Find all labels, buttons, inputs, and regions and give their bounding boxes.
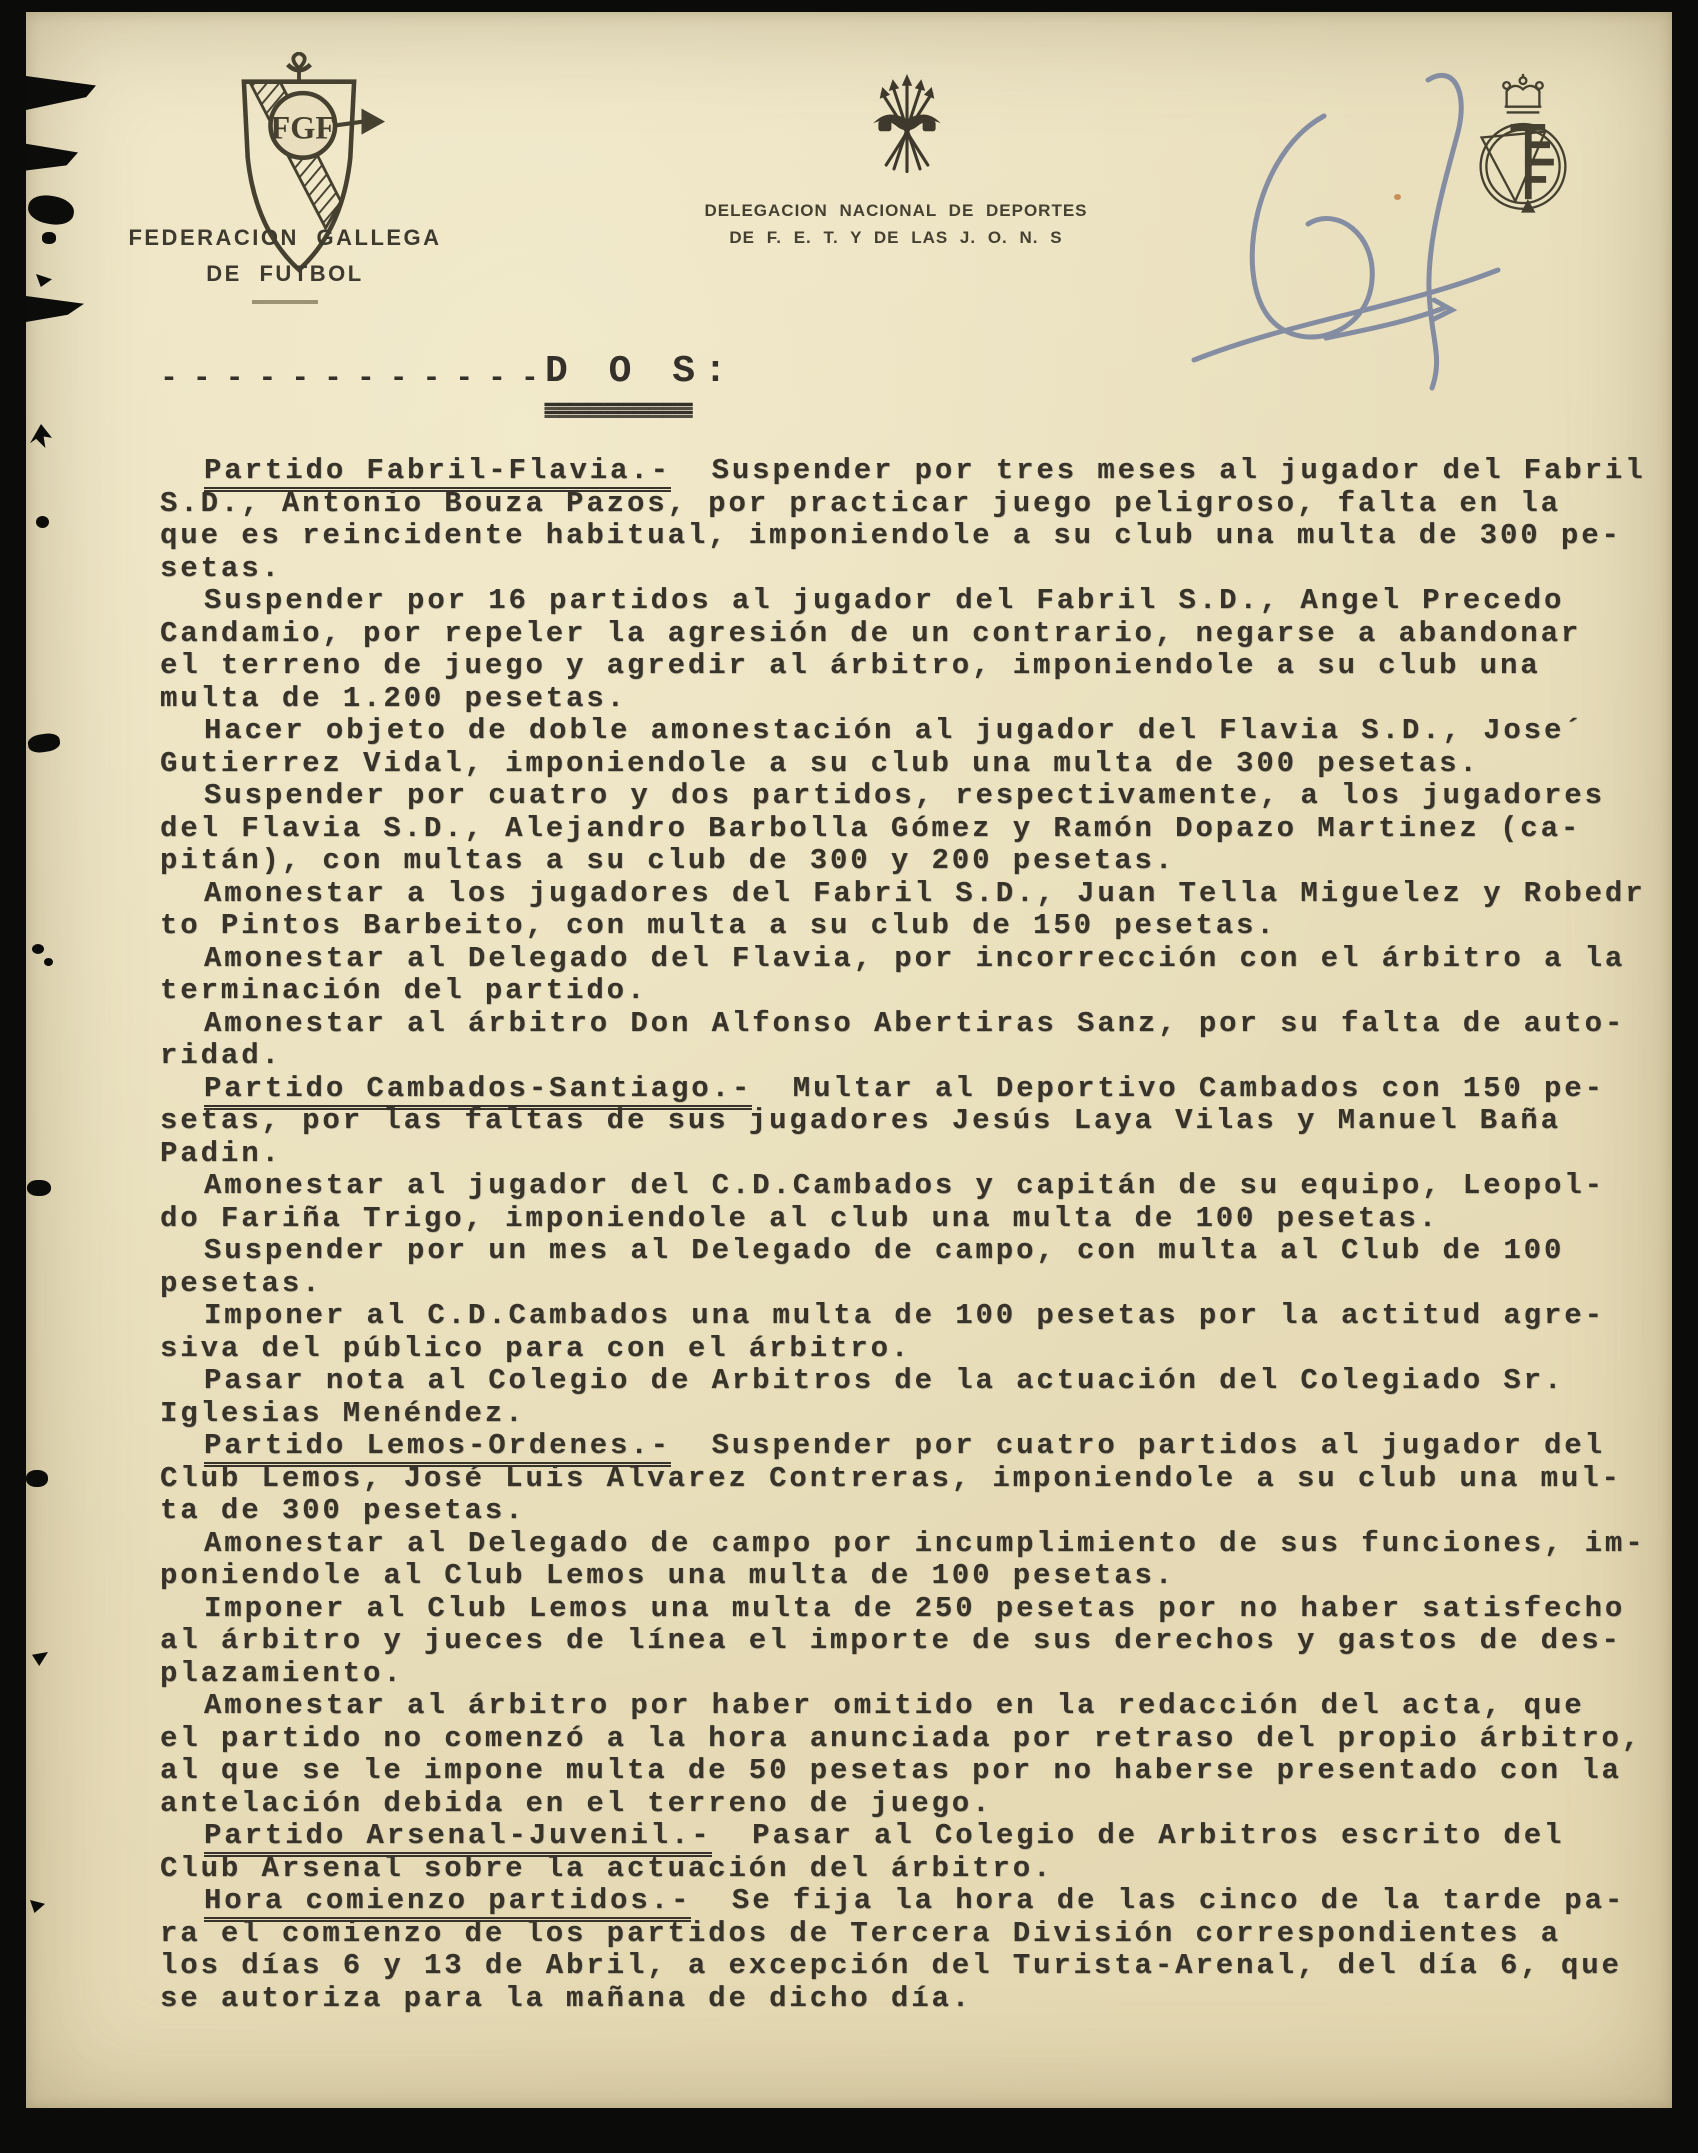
- paragraph-text: Pasar nota al Colegio de Arbitros de la …: [160, 1364, 1564, 1430]
- delegation-name-line1: DELEGACION NACIONAL DE DEPORTES: [686, 197, 1106, 224]
- document-body: Partido Fabril-Flavia.- Suspender por tr…: [160, 455, 1690, 2015]
- paragraph-text: Suspender por 16 partidos al jugador del…: [160, 584, 1581, 715]
- binder-hole: [36, 516, 49, 528]
- binder-hole: [44, 958, 53, 966]
- letterhead-rule: [252, 300, 318, 304]
- paragraph: Amonestar al Delegado de campo por incum…: [160, 1528, 1690, 1593]
- paragraph: Imponer al Club Lemos una multa de 250 p…: [160, 1593, 1690, 1691]
- paragraph: Amonestar al árbitro por haber omitido e…: [160, 1690, 1690, 1820]
- paragraph: Imponer al C.D.Cambados una multa de 100…: [160, 1300, 1690, 1365]
- paragraph-text: Amonestar al Delegado del Flavia, por in…: [160, 942, 1625, 1008]
- page-title: D O S:: [545, 352, 736, 392]
- delegation-name: DELEGACION NACIONAL DE DEPORTES DE F. E.…: [686, 197, 1106, 251]
- paragraph: Pasar nota al Colegio de Arbitros de la …: [160, 1365, 1690, 1430]
- scanned-document: { "colors": { "paper": "#e8debb", "ink":…: [0, 0, 1698, 2153]
- paragraph: Hacer objeto de doble amonestación al ju…: [160, 715, 1690, 780]
- paragraph: Suspender por cuatro y dos partidos, res…: [160, 780, 1690, 878]
- paragraph: Amonestar al jugador del C.D.Cambados y …: [160, 1170, 1690, 1235]
- paragraph: Partido Lemos-Ordenes.- Suspender por cu…: [160, 1430, 1690, 1528]
- paragraph: Hora comienzo partidos.- Se fija la hora…: [160, 1885, 1690, 2015]
- paragraph-text: Suspender por un mes al Delegado de camp…: [160, 1234, 1564, 1300]
- crowned-crest-icon: [1470, 72, 1576, 230]
- binder-hole: [26, 1470, 48, 1487]
- binder-hole: [42, 232, 56, 244]
- federation-name-line2: DE FUTBOL: [100, 256, 470, 292]
- paragraph-text: Hacer objeto de doble amonestación al ju…: [160, 714, 1585, 780]
- paragraph-text: Amonestar al árbitro Don Alfonso Abertir…: [160, 1007, 1625, 1073]
- paragraph: Suspender por un mes al Delegado de camp…: [160, 1235, 1690, 1300]
- federation-name: FEDERACION GALLEGA DE FUTBOL: [100, 220, 470, 304]
- paragraph-text: Imponer al Club Lemos una multa de 250 p…: [160, 1592, 1625, 1690]
- paragraph: Partido Fabril-Flavia.- Suspender por tr…: [160, 455, 1690, 585]
- paragraph-text: Amonestar al árbitro por haber omitido e…: [160, 1689, 1642, 1820]
- paragraph: Partido Cambados-Santiago.- Multar al De…: [160, 1073, 1690, 1171]
- paragraph-text: Imponer al C.D.Cambados una multa de 100…: [160, 1299, 1605, 1365]
- federation-name-line1: FEDERACION GALLEGA: [100, 220, 470, 256]
- binder-hole: [27, 1180, 51, 1196]
- handwritten-signature: [1176, 58, 1520, 402]
- ink-speck: [1394, 194, 1401, 200]
- paragraph: Amonestar al árbitro Don Alfonso Abertir…: [160, 1008, 1690, 1073]
- paragraph: Amonestar a los jugadores del Fabril S.D…: [160, 878, 1690, 943]
- yoke-and-arrows-icon: [868, 74, 946, 178]
- paragraph-text: Amonestar al jugador del C.D.Cambados y …: [160, 1169, 1605, 1235]
- paragraph: Partido Arsenal-Juvenil.- Pasar al Coleg…: [160, 1820, 1690, 1885]
- paper: FGF FEDERACION GALLEGA DE FUTBOL: [26, 12, 1672, 2108]
- binder-hole: [32, 944, 44, 954]
- page-title-underline: ==========: [543, 396, 691, 426]
- paragraph-text: Amonestar al Delegado de campo por incum…: [160, 1527, 1646, 1593]
- paragraph-text: Suspender por cuatro y dos partidos, res…: [160, 779, 1605, 877]
- delegation-name-line2: DE F. E. T. Y DE LAS J. O. N. S: [686, 224, 1106, 251]
- paragraph: Suspender por 16 partidos al jugador del…: [160, 585, 1690, 715]
- title-dashes: - - - - - - - - - - - -: [160, 362, 542, 396]
- paragraph-text: Amonestar a los jugadores del Fabril S.D…: [160, 877, 1646, 943]
- svg-text:FGF: FGF: [271, 110, 336, 146]
- paragraph: Amonestar al Delegado del Flavia, por in…: [160, 943, 1690, 1008]
